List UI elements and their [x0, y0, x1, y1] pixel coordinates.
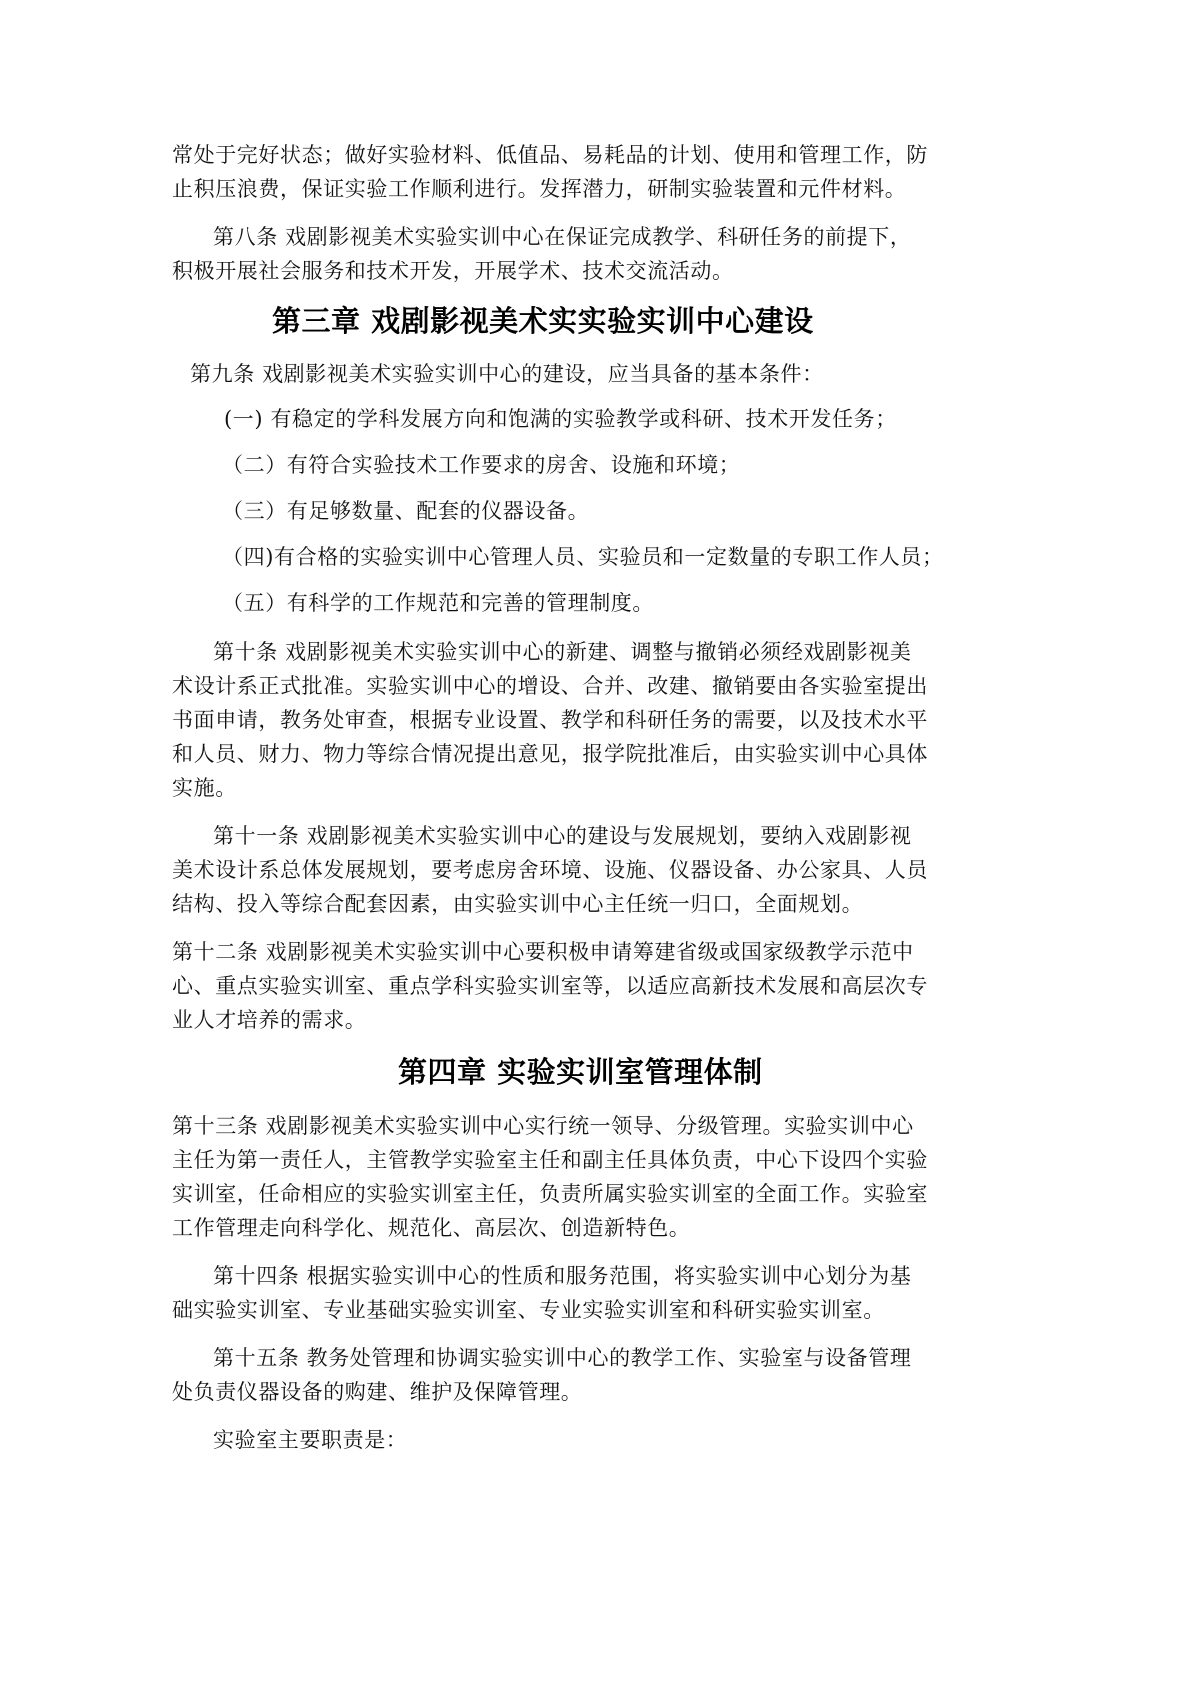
duties-intro: 实验室主要职责是：	[213, 1426, 407, 1454]
article-14-line: 第十四条 根据实验实训中心的性质和服务范围，将实验实训中心划分为基	[213, 1262, 911, 1290]
article-12-line: 业人才培养的需求。	[172, 1006, 366, 1034]
article-11-line: 美术设计系总体发展规划，要考虑房舍环境、设施、仪器设备、办公家具、人员	[172, 856, 928, 884]
article-9-item: （三）有足够数量、配套的仪器设备。	[222, 497, 589, 525]
article-15-line: 第十五条 教务处管理和协调实验实训中心的教学工作、实验室与设备管理	[213, 1344, 911, 1372]
article-10-line: 书面申请，教务处审查，根据专业设置、教学和科研任务的需要，以及技术水平	[172, 706, 928, 734]
article-15-line: 处负责仪器设备的购建、维护及保障管理。	[172, 1378, 582, 1406]
article-8-line: 第八条 戏剧影视美术实验实训中心在保证完成教学、科研任务的前提下，	[213, 223, 911, 251]
article-13-line: 工作管理走向科学化、规范化、高层次、创造新特色。	[172, 1214, 690, 1242]
article-13-line: 主任为第一责任人，主管教学实验室主任和副主任具体负责，中心下设四个实验	[172, 1146, 928, 1174]
article-13-line: 实训室，任命相应的实验实训室主任，负责所属实验实训室的全面工作。实验室	[172, 1180, 928, 1208]
article-10-line: 第十条 戏剧影视美术实验实训中心的新建、调整与撤销必须经戏剧影视美	[213, 638, 911, 666]
article-10-line: 术设计系正式批准。实验实训中心的增设、合并、改建、撤销要由各实验室提出	[172, 672, 928, 700]
document-page: 常处于完好状态；做好实验材料、低值品、易耗品的计划、使用和管理工作，防 止积压浪…	[0, 0, 1191, 1684]
article-13-line: 第十三条 戏剧影视美术实验实训中心实行统一领导、分级管理。实验实训中心	[172, 1112, 914, 1140]
article-12-line: 心、重点实验实训室、重点学科实验实训室等，以适应高新技术发展和高层次专	[172, 972, 928, 1000]
article-9-item: （四)有合格的实验实训中心管理人员、实验员和一定数量的专职工作人员；	[222, 543, 944, 571]
article-9-item: （五）有科学的工作规范和完善的管理制度。	[222, 589, 654, 617]
chapter-3-heading: 第三章 戏剧影视美术实实验实训中心建设	[272, 303, 814, 339]
article-9-intro: 第九条 戏剧影视美术实验实训中心的建设，应当具备的基本条件：	[190, 360, 824, 388]
article-8-line: 积极开展社会服务和技术开发，开展学术、技术交流活动。	[172, 257, 734, 285]
article-12-line: 第十二条 戏剧影视美术实验实训中心要积极申请筹建省级或国家级教学示范中	[172, 938, 914, 966]
article-9-item: (一) 有稳定的学科发展方向和饱满的实验教学或科研、技术开发任务；	[224, 405, 897, 433]
chapter-4-heading: 第四章 实验实训室管理体制	[398, 1054, 763, 1090]
article-11-line: 结构、投入等综合配套因素，由实验实训中心主任统一归口，全面规划。	[172, 890, 863, 918]
article-14-line: 础实验实训室、专业基础实验实训室、专业实验实训室和科研实验实训室。	[172, 1296, 885, 1324]
article-10-line: 和人员、财力、物力等综合情况提出意见，报学院批准后，由实验实训中心具体	[172, 740, 928, 768]
article-9-item: （二）有符合实验技术工作要求的房舍、设施和环境；	[222, 451, 740, 479]
paragraph-line: 常处于完好状态；做好实验材料、低值品、易耗品的计划、使用和管理工作，防	[172, 141, 928, 169]
article-11-line: 第十一条 戏剧影视美术实验实训中心的建设与发展规划，要纳入戏剧影视	[213, 822, 911, 850]
article-10-line: 实施。	[172, 774, 237, 802]
paragraph-line: 止积压浪费，保证实验工作顺利进行。发挥潜力，研制实验装置和元件材料。	[172, 175, 906, 203]
